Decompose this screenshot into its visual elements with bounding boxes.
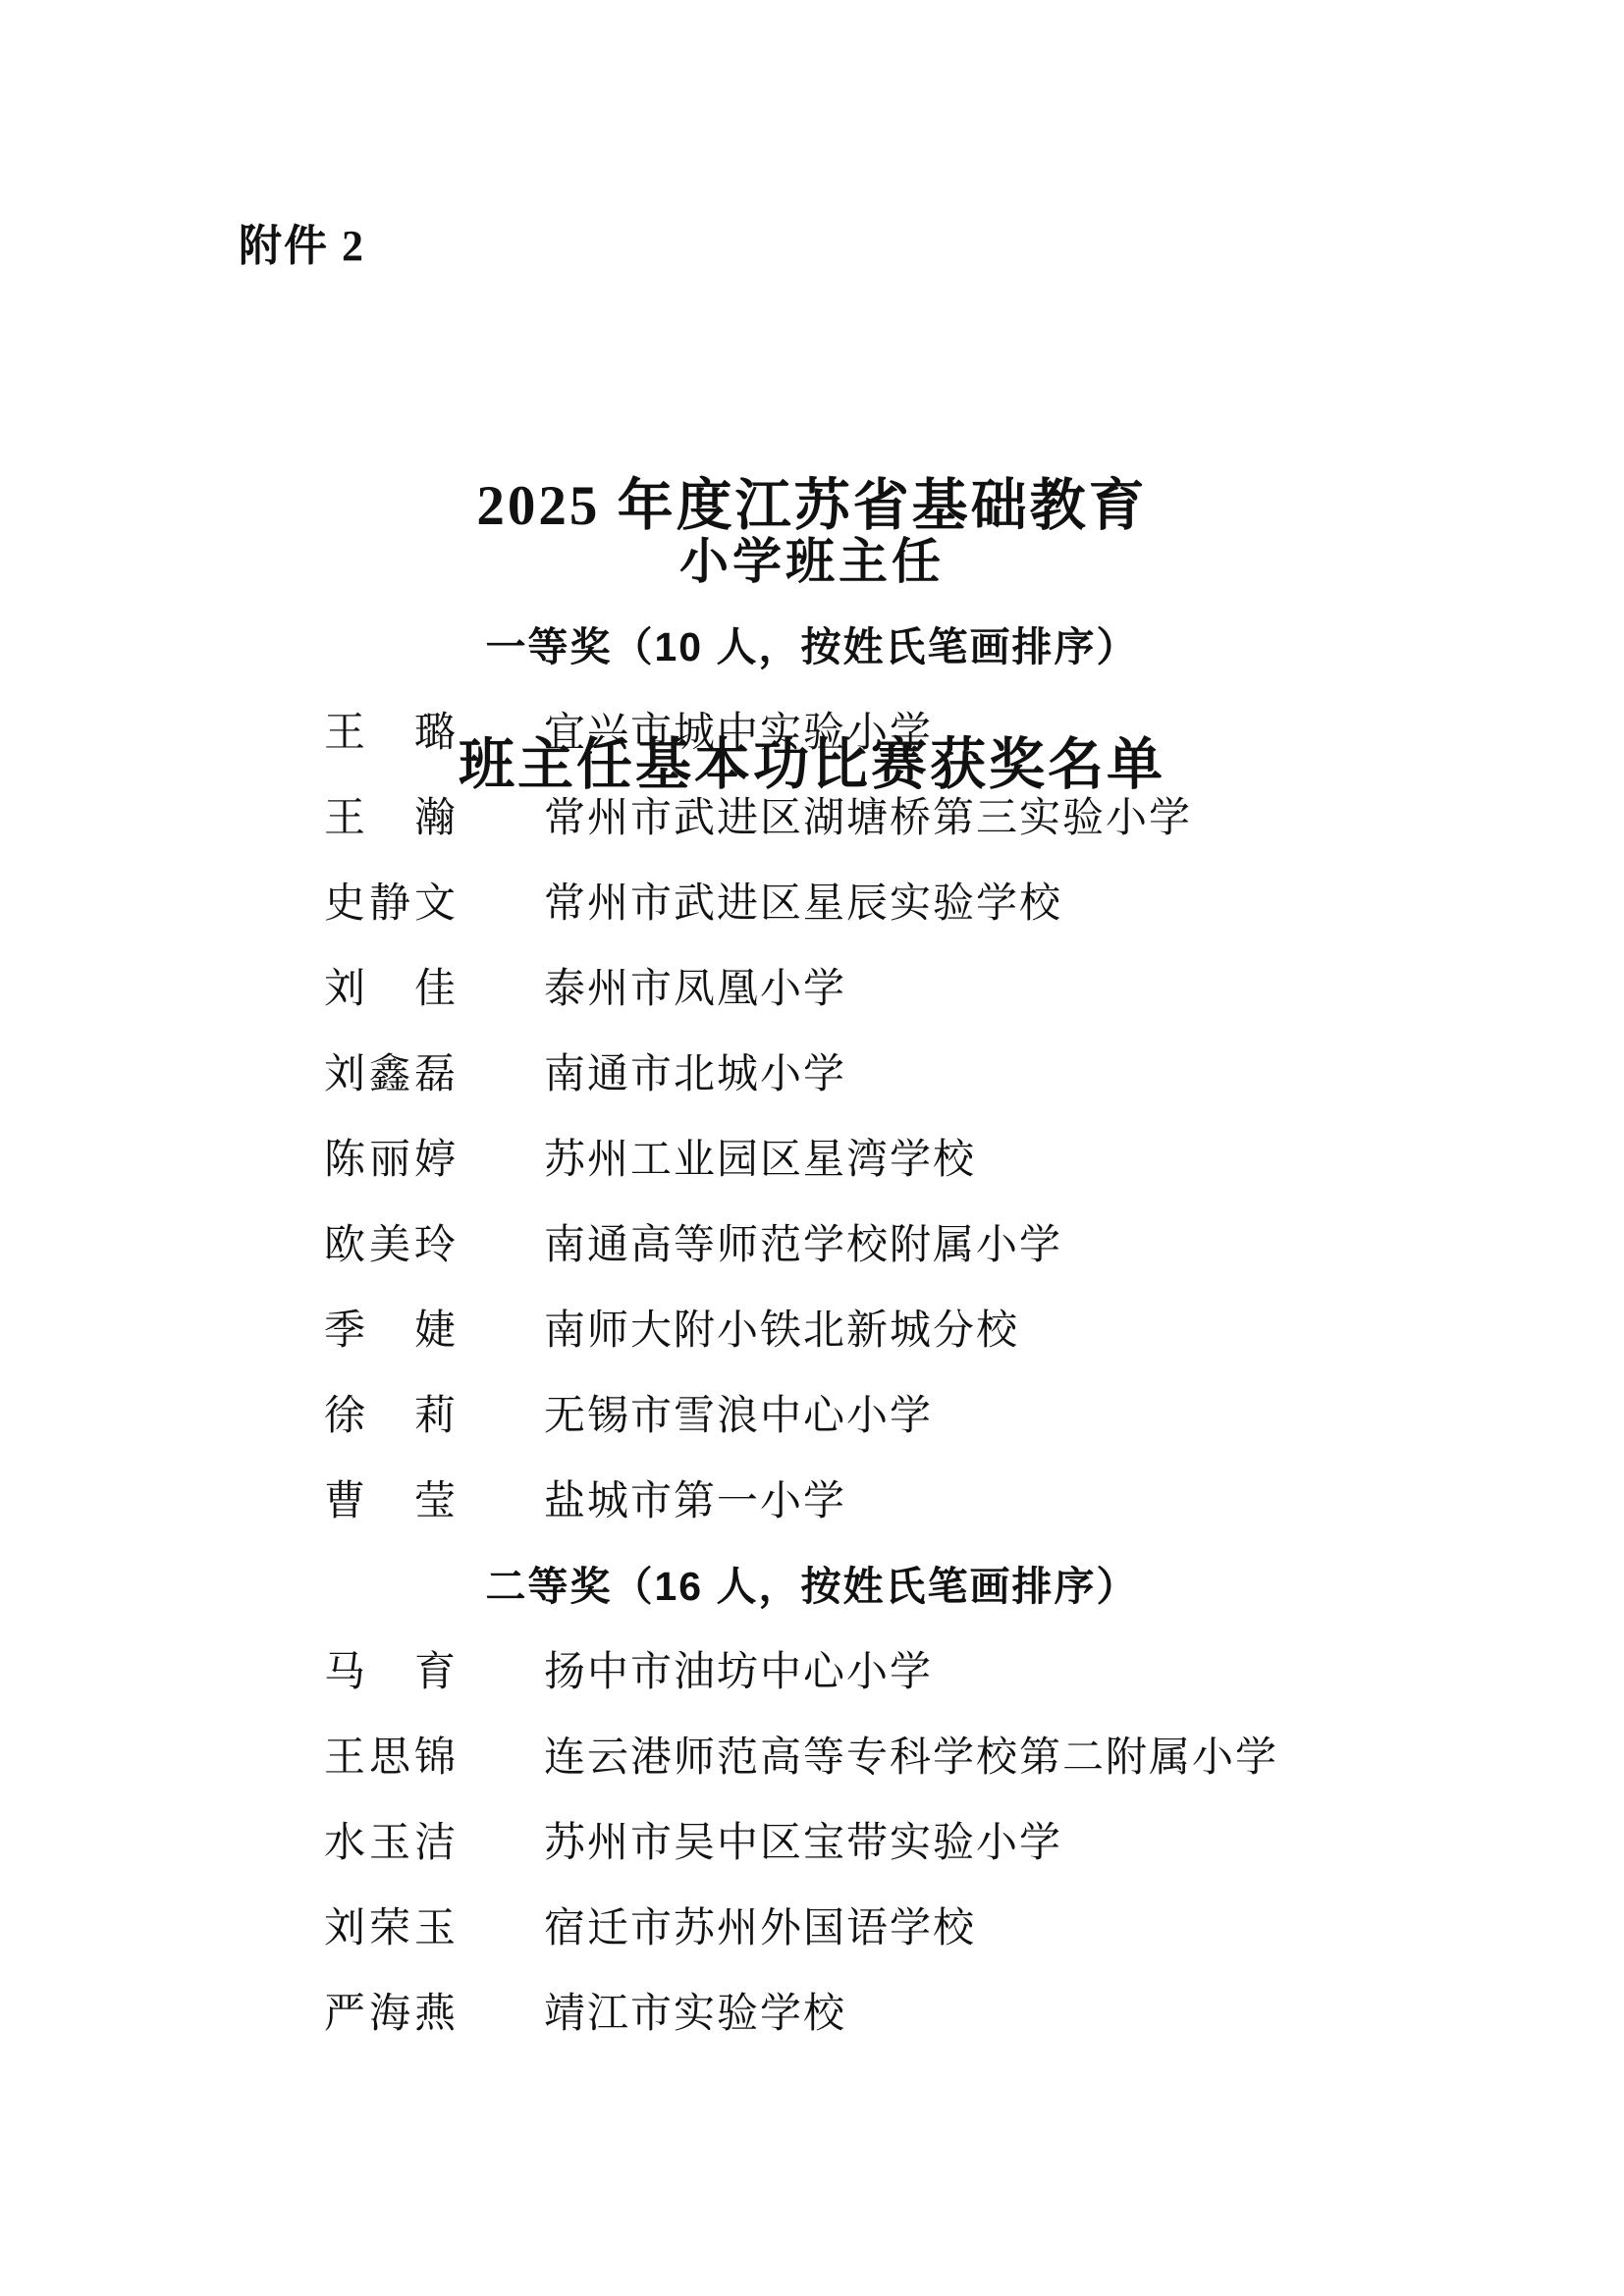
prize-header: 二等奖（16 人，按姓氏笔画排序） — [0, 1540, 1624, 1626]
winner-row: 王思锦连云港师范高等专科学校第二附属小学 — [0, 1711, 1624, 1796]
prize-header: 一等奖（10 人，按姓氏笔画排序） — [0, 601, 1624, 686]
winner-name: 严海燕 — [324, 1981, 460, 2040]
winner-row: 王 璐宜兴市城中实验小学 — [0, 686, 1624, 772]
winner-school: 盐城市第一小学 — [544, 1468, 846, 1527]
winner-school: 苏州工业园区星湾学校 — [544, 1127, 976, 1186]
winner-name: 刘 佳 — [324, 956, 460, 1015]
winner-school: 常州市武进区星辰实验学校 — [544, 871, 1062, 930]
winner-name: 欧美玲 — [324, 1212, 460, 1271]
winner-name: 陈丽婷 — [324, 1127, 460, 1186]
winner-school: 泰州市凤凰小学 — [544, 956, 846, 1015]
winner-row: 季 婕南师大附小铁北新城分校 — [0, 1284, 1624, 1369]
winner-school: 苏州市吴中区宝带实验小学 — [544, 1810, 1062, 1869]
winner-name: 王思锦 — [324, 1725, 460, 1784]
winner-school: 宿迁市苏州外国语学校 — [544, 1896, 976, 1954]
winner-school: 靖江市实验学校 — [544, 1981, 846, 2040]
winner-name: 马 育 — [324, 1639, 460, 1698]
winner-school: 南通市北城小学 — [544, 1041, 846, 1100]
attachment-label: 附件 2 — [239, 210, 365, 273]
winner-name: 王 瀚 — [324, 785, 460, 844]
winner-name: 水玉洁 — [324, 1810, 460, 1869]
document-page: 附件 2 2025 年度江苏省基础教育 班主任基本功比赛获奖名单 小学班主任 一… — [0, 0, 1624, 2296]
winner-name: 史静文 — [324, 871, 460, 930]
section-title: 小学班主任 — [0, 530, 1624, 593]
winner-school: 南通高等师范学校附属小学 — [544, 1212, 1062, 1271]
winner-name: 徐 莉 — [324, 1383, 460, 1442]
winner-row: 王 瀚常州市武进区湖塘桥第三实验小学 — [0, 772, 1624, 857]
award-list: 一等奖（10 人，按姓氏笔画排序）王 璐宜兴市城中实验小学王 瀚常州市武进区湖塘… — [0, 601, 1624, 2053]
winner-name: 刘鑫磊 — [324, 1041, 460, 1100]
winner-row: 史静文常州市武进区星辰实验学校 — [0, 857, 1624, 942]
winner-school: 连云港师范高等专科学校第二附属小学 — [544, 1725, 1278, 1784]
winner-row: 欧美玲南通高等师范学校附属小学 — [0, 1199, 1624, 1284]
winner-school: 南师大附小铁北新城分校 — [544, 1298, 1019, 1357]
winner-row: 陈丽婷苏州工业园区星湾学校 — [0, 1113, 1624, 1199]
winner-school: 扬中市油坊中心小学 — [544, 1639, 933, 1698]
winner-school: 无锡市雪浪中心小学 — [544, 1383, 933, 1442]
winner-row: 严海燕靖江市实验学校 — [0, 1967, 1624, 2053]
winner-row: 刘荣玉宿迁市苏州外国语学校 — [0, 1882, 1624, 1967]
winner-name: 刘荣玉 — [324, 1896, 460, 1954]
winner-row: 刘鑫磊南通市北城小学 — [0, 1028, 1624, 1113]
winner-school: 常州市武进区湖塘桥第三实验小学 — [544, 785, 1192, 844]
winner-name: 王 璐 — [324, 700, 460, 759]
winner-school: 宜兴市城中实验小学 — [544, 700, 933, 759]
winner-row: 徐 莉无锡市雪浪中心小学 — [0, 1369, 1624, 1455]
winner-row: 马 育扬中市油坊中心小学 — [0, 1626, 1624, 1711]
winner-row: 刘 佳泰州市凤凰小学 — [0, 942, 1624, 1028]
winner-name: 曹 莹 — [324, 1468, 460, 1527]
winner-row: 曹 莹盐城市第一小学 — [0, 1455, 1624, 1540]
winner-name: 季 婕 — [324, 1298, 460, 1357]
winner-row: 水玉洁苏州市吴中区宝带实验小学 — [0, 1796, 1624, 1882]
